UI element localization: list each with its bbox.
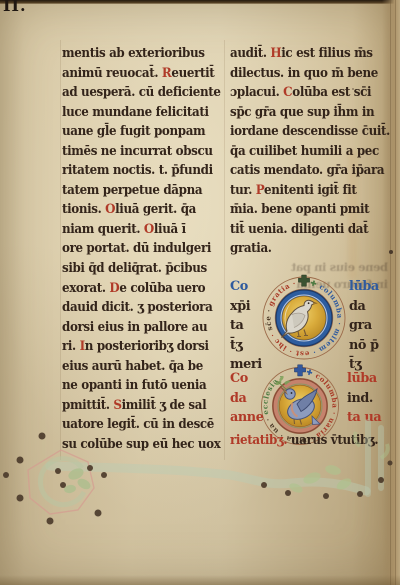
vine-stem: [368, 422, 381, 494]
text-line: ind.: [347, 389, 395, 409]
text-line: mentis ab exterioribus: [62, 44, 216, 64]
cross-icon: [294, 365, 305, 376]
text-line: tatem perpetue dāpna: [62, 181, 216, 201]
text-line: lūba: [347, 369, 395, 389]
text-line: q̄a cuilibet humili a pec: [230, 142, 384, 162]
text-line: ritatem noctis. t. p̄fundi: [62, 161, 216, 181]
text-line: gratia.: [230, 239, 384, 259]
left-text-column: mentis ab exterioribusanimū reuocat̄. Re…: [62, 44, 228, 454]
page-top-edge: [0, 0, 400, 4]
text-line: gra: [349, 316, 395, 336]
text-line: Co: [230, 369, 258, 389]
berry-dots: [3, 433, 393, 525]
text-line: tur. Penitenti igit̄ fit: [230, 181, 384, 201]
text-line: ta: [230, 316, 258, 336]
ruling-line: [60, 40, 61, 460]
text-line: catis mendato. gr̄a ip̄ara: [230, 161, 384, 181]
flourish-rosette: [28, 450, 94, 514]
text-line: iordane descendisse c̄uit̄.: [230, 122, 384, 142]
marginal-flourish: [0, 418, 400, 585]
manuscript-page: II. mentis ab exterioribusanimū reuocat̄…: [0, 0, 400, 585]
text-line: da: [230, 389, 258, 409]
text-line: lūba: [349, 277, 395, 297]
text-line: exorat. De colūba uero: [62, 279, 216, 299]
medallion1-wrap-left: Coxp̄itat̄ʒmeri: [230, 277, 258, 375]
text-line: niam querit. Oliuā ī: [62, 220, 216, 240]
text-line: ɔplacui. Colūba est sc̄i: [230, 83, 384, 103]
text-line: tionis. Oliuā gerit. q̄a: [62, 200, 216, 220]
text-line: Co: [230, 277, 258, 297]
text-line: tit̄ uenia. diligenti dat̄: [230, 220, 384, 240]
text-line: timēs ne incurrat obscu: [62, 142, 216, 162]
cross-icon: [298, 275, 309, 286]
text-line: ri. In posterioribʒ dorsi: [62, 337, 216, 357]
text-line: luce mundane felicitati: [62, 103, 216, 123]
right-text-column: audit̄. Hic est filius m̄sdilectus. in q…: [230, 44, 396, 259]
text-line: xp̄i: [230, 297, 258, 317]
text-line: ore portat. dū indulgeri: [62, 239, 216, 259]
text-line: da: [349, 297, 395, 317]
text-line: audit̄. Hic est filius m̄s: [230, 44, 384, 64]
text-line: ad uesperā. cū deficiente: [62, 83, 216, 103]
folio-mark: II.: [3, 0, 27, 15]
text-line: t̄ʒ: [230, 336, 258, 356]
text-line: dorsi eius in pallore au: [62, 318, 216, 338]
text-line: sp̄c gr̄a que sup ih̄m in: [230, 103, 384, 123]
text-line: m̄ia. bene opanti pmit: [230, 200, 384, 220]
text-line: eius aurū habet. q̄a be: [62, 357, 216, 377]
text-line: ne opanti in futō uenia: [62, 376, 216, 396]
text-line: pmittit̄. Similit̄ ʒ de sal: [62, 396, 216, 416]
text-line: nō p̄: [349, 336, 395, 356]
text-line: dilectus. in quo m̄ bene: [230, 64, 384, 84]
text-line: sibi q̄d deliq̄rat. p̄cibus: [62, 259, 216, 279]
text-line: uane gl̄e fugit ponpam: [62, 122, 216, 142]
medallion-silver-dove: ✚ columba · mitem · est · ihc · sc̄e · g…: [258, 273, 350, 365]
medallion1-wrap-right: lūbadagranō p̄t̄ʒ: [349, 277, 395, 375]
text-line: dauid dicit. ʒ posteriora: [62, 298, 216, 318]
text-line: animū reuocat̄. Reuertit̄: [62, 64, 216, 84]
